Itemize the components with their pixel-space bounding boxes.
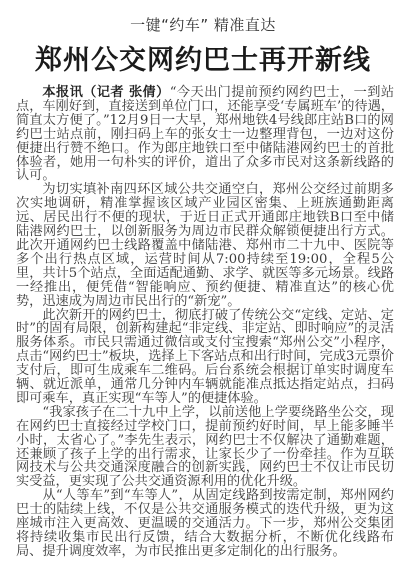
- byline: 本报讯（记者 张倩）: [42, 85, 169, 100]
- paragraph-2: 为切实填补南四环区域公共交通空白，郑州公交经过前期多次实地调研，精准掌握该区域产…: [16, 183, 394, 308]
- paragraph-3: 此次新开的网约巴士，彻底打破了传统公交“定线、定站、定时”的固有局限，创新构建起…: [16, 309, 394, 406]
- paragraph-1: 本报讯（记者 张倩）“今天出门提前预约网约巴士，一到站点，车刚好到，直接送到单位…: [16, 86, 394, 183]
- paragraph-1-text: “今天出门提前预约网约巴士，一到站点，车刚好到，直接送到单位门口，还能享受‘专属…: [16, 85, 394, 183]
- paragraph-5: 从“人等车”到“车等人”，从固定线路到按需定制，郑州网约巴士的陆续上线，不仅是公…: [16, 489, 394, 559]
- paragraph-4: “我家孩子在二十九中上学，以前送他上学要绕路坐公交，现在网约巴士直接经过学校门口…: [16, 406, 394, 489]
- article-subtitle: 一键“约车” 精准直达: [0, 14, 406, 35]
- article-body: 本报讯（记者 张倩）“今天出门提前预约网约巴士，一到站点，车刚好到，直接送到单位…: [16, 86, 394, 559]
- article-title: 郑州公交网约巴士再开新线: [0, 38, 406, 77]
